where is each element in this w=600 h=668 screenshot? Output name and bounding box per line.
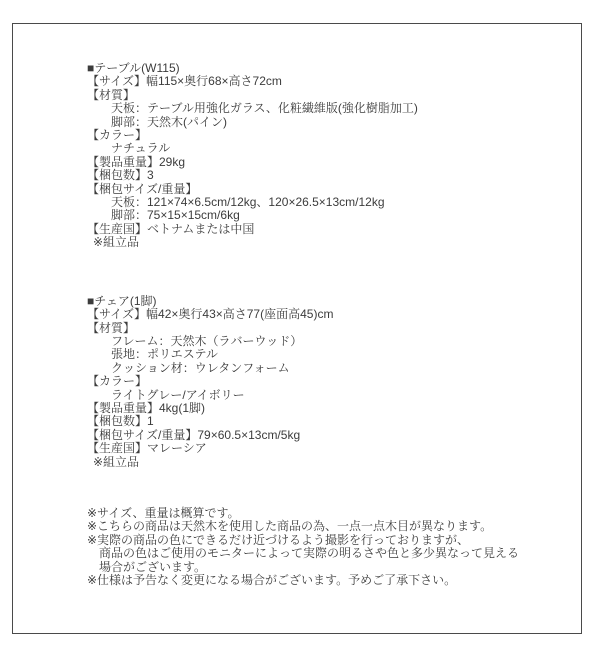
spec-line: 【梱包数】3 [87, 169, 565, 182]
note-line: ※仕様は予告なく変更になる場合がございます。予めご了承下さい。 [87, 574, 565, 587]
spec-line: 【生産国】ベトナムまたは中国 [87, 223, 565, 236]
note-line: 商品の色はご使用のモニターによって実際の明るさや色と多少異なって見える [87, 547, 565, 560]
notes-section: ※サイズ、重量は概算です。※こちらの商品は天然木を使用した商品の為、一点一点木目… [87, 507, 565, 587]
note-line: ※こちらの商品は天然木を使用した商品の為、一点一点木目が異なります。 [87, 520, 565, 533]
spec-line: 脚部：天然木(パイン) [87, 116, 565, 129]
spec-line: 天板：テーブル用強化ガラス、化粧繊維版(強化樹脂加工) [87, 102, 565, 115]
note-line: 場合がございます。 [87, 561, 565, 574]
spec-line: 【カラー】 [87, 375, 565, 388]
spec-line: 脚部：75×15×15cm/6kg [87, 209, 565, 222]
chair-spec-section: ■チェア(1脚)【サイズ】幅42×奥行43×高さ77(座面高45)cm【材質】フ… [87, 295, 565, 469]
spec-line: 【カラー】 [87, 129, 565, 142]
spec-line: 【製品重量】4kg(1脚) [87, 402, 565, 415]
spec-line: 【材質】 [87, 322, 565, 335]
spec-line: 【生産国】マレーシア [87, 442, 565, 455]
spec-line: 【製品重量】29kg [87, 156, 565, 169]
product-spec-panel: ■テーブル(W115)【サイズ】幅115×奥行68×高さ72cm【材質】天板：テ… [12, 23, 582, 634]
spec-line: ナチュラル [87, 142, 565, 155]
spec-line: ※組立品 [87, 236, 565, 249]
spec-line: ※組立品 [87, 456, 565, 469]
spec-line: 【サイズ】幅115×奥行68×高さ72cm [87, 75, 565, 88]
spec-line: ライトグレー/アイボリー [87, 389, 565, 402]
spec-line: クッション材：ウレタンフォーム [87, 362, 565, 375]
spec-line: 【梱包数】1 [87, 415, 565, 428]
spec-line: 【サイズ】幅42×奥行43×高さ77(座面高45)cm [87, 308, 565, 321]
table-spec-section: ■テーブル(W115)【サイズ】幅115×奥行68×高さ72cm【材質】天板：テ… [87, 62, 565, 250]
spec-line: 張地：ポリエステル [87, 348, 565, 361]
